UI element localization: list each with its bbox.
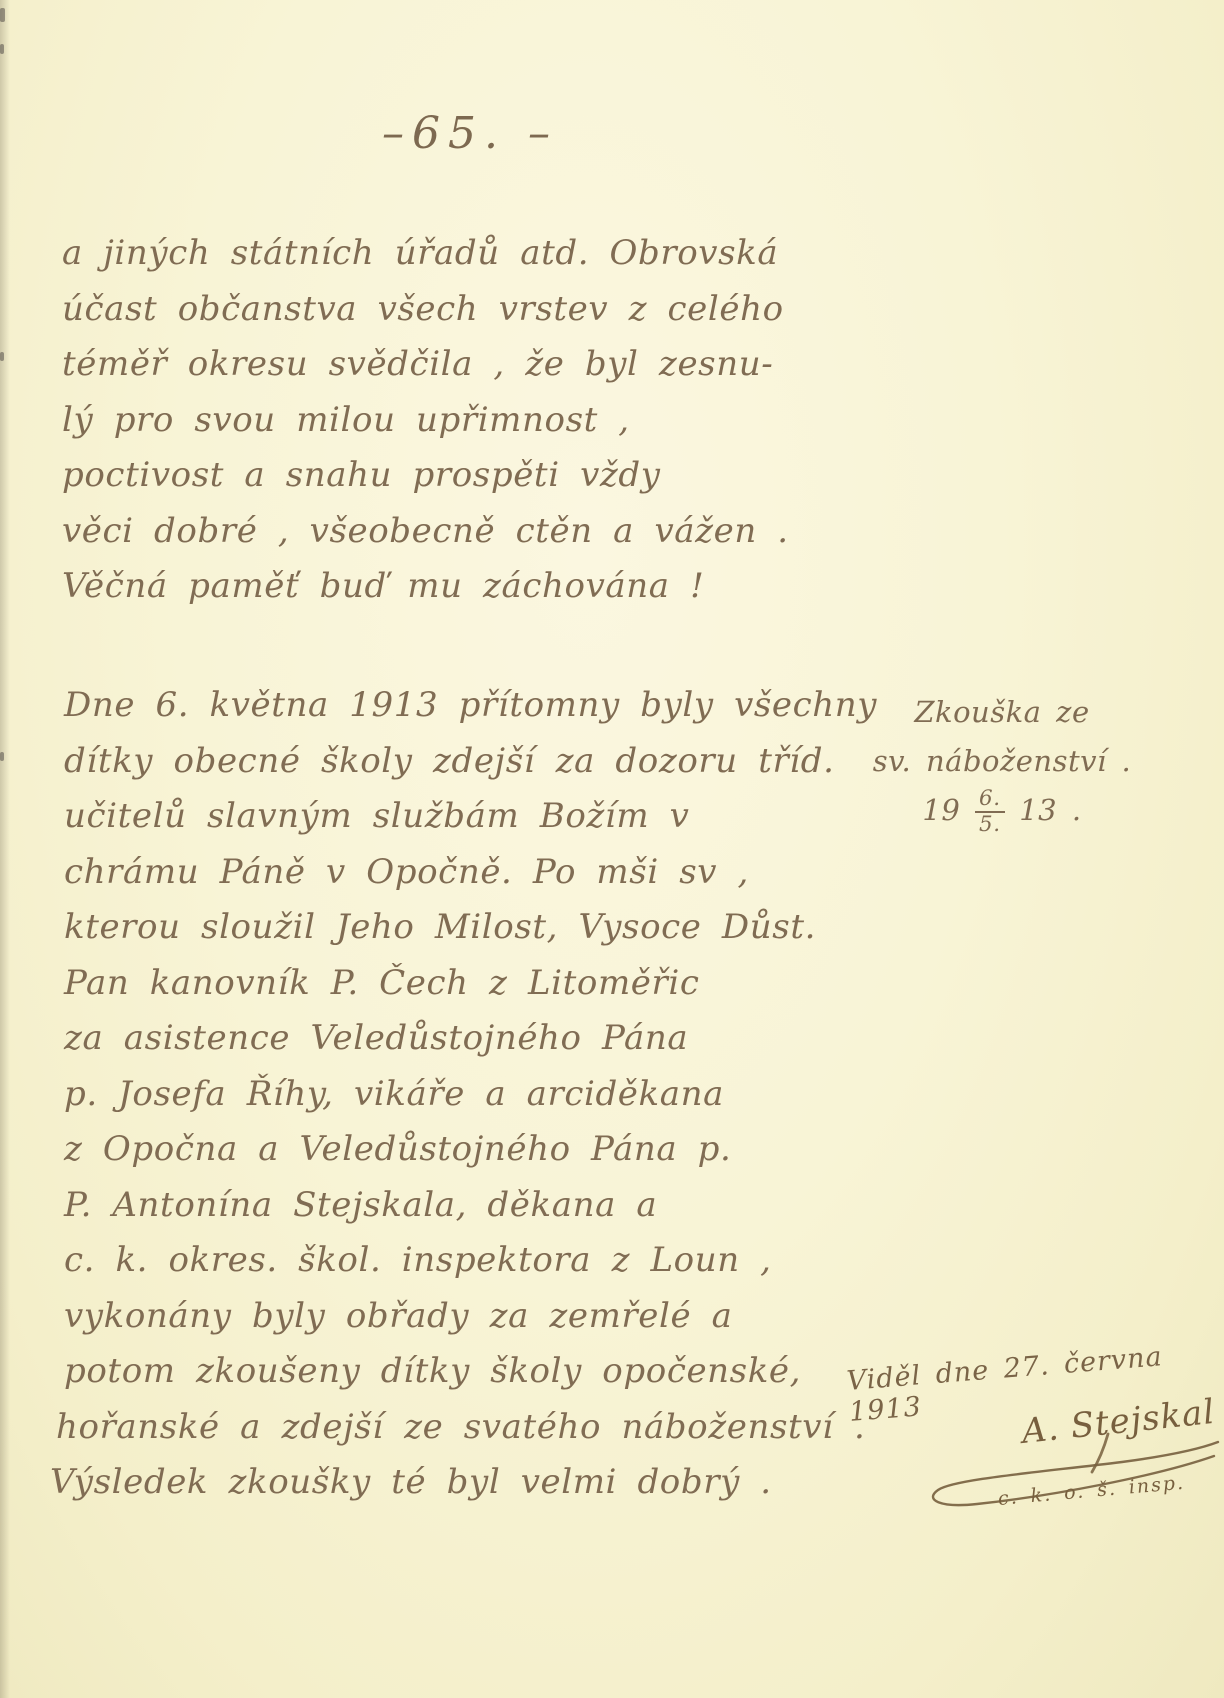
- handwritten-line: Pan kanovník P. Čech z Litoměřic: [50, 956, 860, 1012]
- handwritten-line: hořanské a zdejší ze svatého náboženství…: [50, 1400, 860, 1456]
- handwritten-line: učitelů slavným službám Božím v: [50, 789, 860, 845]
- date-prefix: 19: [922, 793, 960, 827]
- handwritten-line: Dne 6. května 1913 přítomny byly všechny: [50, 678, 860, 734]
- scan-speck: [0, 8, 5, 22]
- handwritten-line: lý pro svou milou upřimnost ,: [62, 393, 852, 449]
- chronicle-page: –65. – a jiných státních úřadů atd. Obro…: [0, 0, 1224, 1698]
- handwritten-line: potom zkoušeny dítky školy opočenské,: [50, 1344, 860, 1400]
- handwritten-line: vykonány byly obřady za zemřelé a: [50, 1289, 860, 1345]
- margin-note-line: sv. náboženství .: [852, 737, 1152, 786]
- date-fraction-numerator: 6.: [975, 788, 1004, 813]
- scan-speck: [0, 44, 4, 54]
- handwritten-line: věci dobré , všeobecně ctěn a vážen .: [62, 504, 852, 560]
- margin-note-line: Zkouška ze: [852, 688, 1152, 737]
- scan-speck: [0, 752, 4, 761]
- margin-note-date: 19 6.5. 13 .: [852, 786, 1152, 836]
- page-number: –65. –: [320, 108, 620, 159]
- paragraph-obituary: a jiných státních úřadů atd. Obrovská úč…: [62, 226, 852, 615]
- handwritten-line: z Opočna a Veledůstojného Pána p.: [50, 1122, 860, 1178]
- date-fraction: 6.5.: [975, 788, 1004, 836]
- date-fraction-denominator: 5.: [975, 813, 1004, 836]
- handwritten-line: c. k. okres. škol. inspektora z Loun ,: [50, 1233, 860, 1289]
- scan-speck: [0, 352, 4, 361]
- handwritten-line: kterou sloužil Jeho Milost, Vysoce Důst.: [50, 900, 860, 956]
- margin-note-exam: Zkouška ze sv. náboženství . 19 6.5. 13 …: [852, 688, 1152, 836]
- handwritten-line: Věčná paměť buď mu záchována !: [62, 559, 852, 615]
- page-edge-shadow: [0, 0, 10, 1698]
- handwritten-line: dítky obecné školy zdejší za dozoru tříd…: [50, 734, 860, 790]
- handwritten-line: téměř okresu svědčila , že byl zesnu-: [62, 337, 852, 393]
- handwritten-line: účast občanstva všech vrstev z celého: [62, 282, 852, 338]
- handwritten-line: a jiných státních úřadů atd. Obrovská: [62, 226, 852, 282]
- date-suffix: 13 .: [1019, 793, 1081, 827]
- handwritten-line: Výsledek zkoušky té byl velmi dobrý .: [50, 1455, 860, 1511]
- handwritten-line: za asistence Veledůstojného Pána: [50, 1011, 860, 1067]
- handwritten-line: chrámu Páně v Opočně. Po mši sv ,: [50, 845, 860, 901]
- paragraph-religion-exam: Dne 6. května 1913 přítomny byly všechny…: [50, 678, 860, 1511]
- handwritten-line: P. Antonína Stejskala, děkana a: [50, 1178, 860, 1234]
- handwritten-line: poctivost a snahu prospěti vždy: [62, 448, 852, 504]
- handwritten-line: p. Josefa Říhy, vikáře a arciděkana: [50, 1067, 860, 1123]
